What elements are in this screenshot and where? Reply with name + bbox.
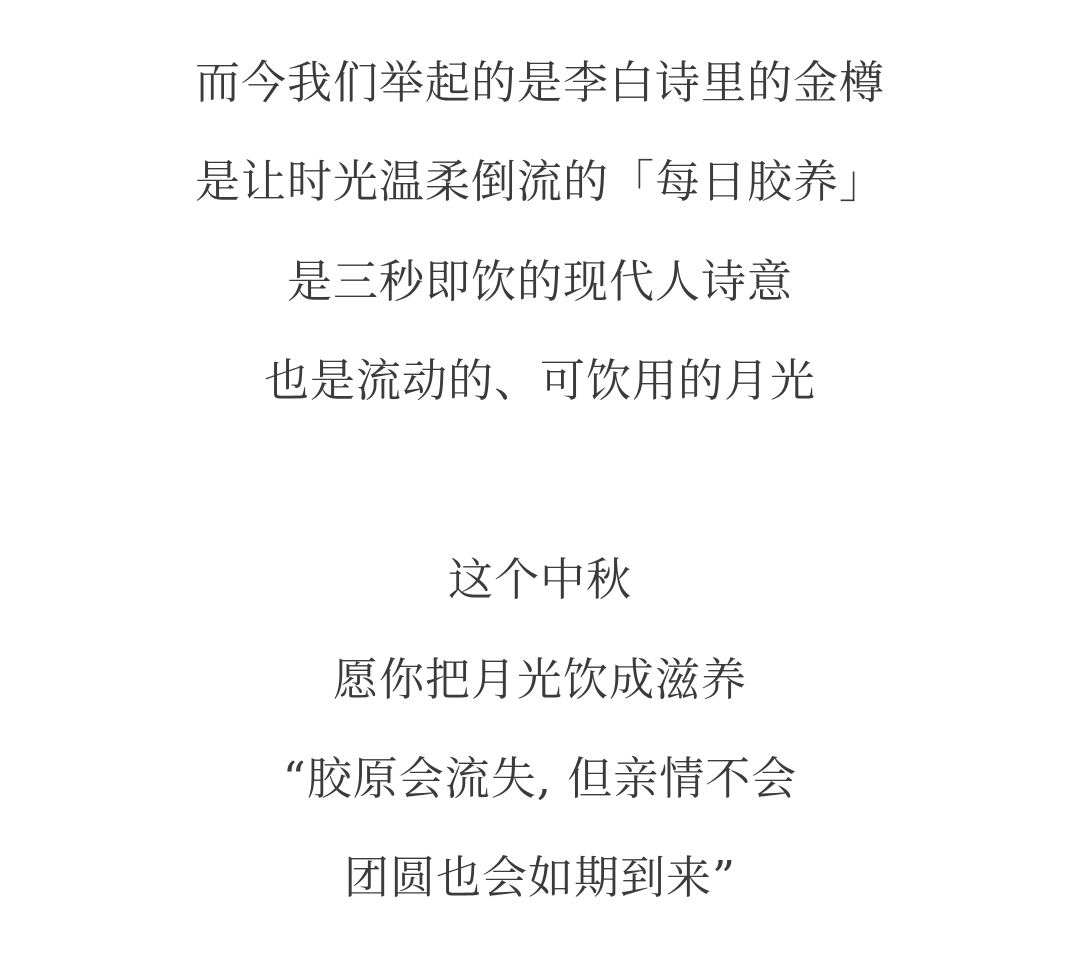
poem-line: 这个中秋 xyxy=(0,550,1080,610)
poem-line: 团圆也会如期到来” xyxy=(0,848,1080,908)
poem-line: 是让时光温柔倒流的「每日胶养」 xyxy=(0,152,1080,212)
poem-line: 也是流动的、可饮用的月光 xyxy=(0,351,1080,411)
poem-line: “胶原会流失, 但亲情不会 xyxy=(0,749,1080,809)
poem-line: 而今我们举起的是李白诗里的金樽 xyxy=(0,53,1080,113)
poem-line: 愿你把月光饮成滋养 xyxy=(0,650,1080,710)
poem-line: 是三秒即饮的现代人诗意 xyxy=(0,252,1080,312)
